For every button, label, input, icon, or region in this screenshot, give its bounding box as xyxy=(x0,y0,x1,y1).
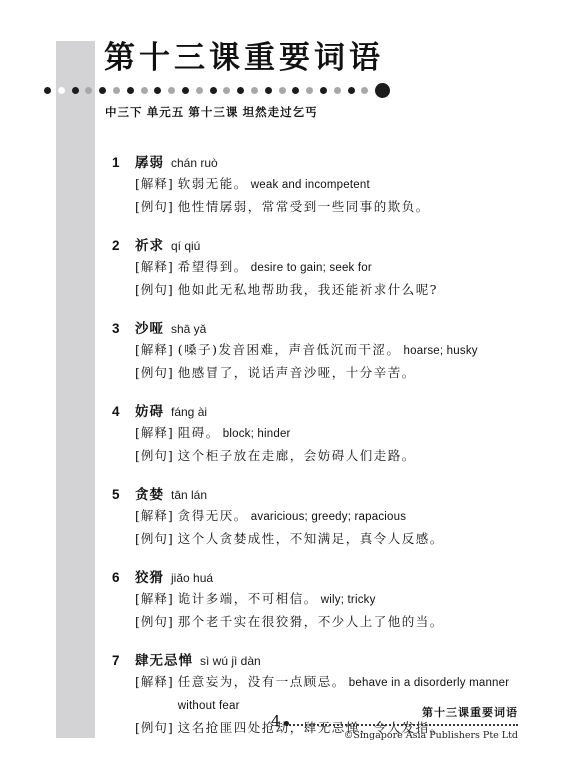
definition-text: 诡计多端，不可相信。wily; tricky xyxy=(178,588,518,611)
example-text: 他感冒了，说话声音沙哑，十分辛苦。 xyxy=(178,362,518,384)
entry-word: 孱弱 xyxy=(135,151,164,171)
entry-head: 5 贪婪 tān lán xyxy=(112,483,518,501)
definition-text: 阻碍。block; hinder xyxy=(178,422,518,445)
definition-en: weak and incompetent xyxy=(251,179,370,191)
entry-pinyin: jiǎo huá xyxy=(171,571,213,585)
definition-label: [解释] xyxy=(135,173,174,195)
entry-number: 1 xyxy=(112,155,135,170)
definition-text: 软弱无能。weak and incompetent xyxy=(178,173,518,196)
example-text: 他如此无私地帮助我，我还能祈求什么呢? xyxy=(178,279,518,301)
entry-word: 祈求 xyxy=(135,234,164,254)
example-line: [例句] 那个老千实在很狡猾，不少人上了他的当。 xyxy=(112,611,518,633)
example-zh: 这个人贪婪成性，不知满足，真令人反感。 xyxy=(178,531,444,546)
divider-dot-icon xyxy=(292,87,299,94)
left-accent-bar xyxy=(56,41,95,738)
entry-word: 肆无忌惮 xyxy=(135,649,193,669)
definition-text: 贪得无厌。avaricious; greedy; rapacious xyxy=(178,505,518,528)
entry-pinyin: sì wú jì dàn xyxy=(200,654,261,668)
definition-zh: 贪得无厌。 xyxy=(178,508,248,523)
vocab-entry-2: 2 祈求 qí qiú [解释] 希望得到。desire to gain; se… xyxy=(112,234,518,301)
divider-dot-icon xyxy=(72,87,79,94)
definition-label: [解释] xyxy=(135,422,174,444)
definition-line: [解释] 软弱无能。weak and incompetent xyxy=(112,173,518,196)
example-text: 这个柜子放在走廊，会妨碍人们走路。 xyxy=(178,445,518,467)
example-line: [例句] 他如此无私地帮助我，我还能祈求什么呢? xyxy=(112,279,518,301)
example-zh: 他性情孱弱，常常受到一些同事的欺负。 xyxy=(178,199,430,214)
divider-dot-icon xyxy=(306,87,313,94)
definition-en: hoarse; husky xyxy=(404,345,478,357)
definition-text: 希望得到。desire to gain; seek for xyxy=(178,256,518,279)
entry-number: 2 xyxy=(112,238,135,253)
entry-number: 5 xyxy=(112,487,135,502)
entry-word: 贪婪 xyxy=(135,483,164,503)
divider-dot-icon xyxy=(58,87,65,94)
definition-line: [解释] 阻碍。block; hinder xyxy=(112,422,518,445)
vocab-entry-3: 3 沙哑 shā yǎ [解释] (嗓子)发音困难，声音低沉而干涩。hoarse… xyxy=(112,317,518,384)
definition-zh: 阻碍。 xyxy=(178,425,220,440)
entry-head: 3 沙哑 shā yǎ xyxy=(112,317,518,335)
definition-en: wily; tricky xyxy=(321,594,376,606)
definition-en: avaricious; greedy; rapacious xyxy=(251,511,406,523)
example-label: [例句] xyxy=(135,362,174,384)
footer-dotted-rule xyxy=(286,724,518,726)
divider-dot-icon xyxy=(127,87,134,94)
definition-zh: 任意妄为，没有一点顾忌。 xyxy=(178,674,346,689)
lesson-breadcrumb: 中三下 单元五 第十三课 坦然走过乞丐 xyxy=(105,104,318,120)
definition-zh: (嗓子)发音困难，声音低沉而干涩。 xyxy=(178,342,401,357)
divider-dot-icon xyxy=(99,87,106,94)
page-number: 4 xyxy=(271,712,281,730)
page-footer: 4 第十三课重要词语 ©Singapore Asia Publishers Pt… xyxy=(0,703,562,753)
entry-word: 狡猾 xyxy=(135,566,164,586)
entry-head: 4 妨碍 fáng ài xyxy=(112,400,518,418)
example-line: [例句] 他感冒了，说话声音沙哑，十分辛苦。 xyxy=(112,362,518,384)
footer-right-block: 第十三课重要词语 ©Singapore Asia Publishers Pte … xyxy=(286,703,518,744)
divider-dot-icon xyxy=(182,87,189,94)
textbook-page: 第十三课重要词语 中三下 单元五 第十三课 坦然走过乞丐 1 孱弱 chán r… xyxy=(0,0,562,768)
example-text: 这个人贪婪成性，不知满足，真令人反感。 xyxy=(178,528,518,550)
entry-pinyin: tān lán xyxy=(171,488,207,502)
divider-dot-icon xyxy=(141,87,148,94)
example-text: 那个老千实在很狡猾，不少人上了他的当。 xyxy=(178,611,518,633)
divider-dot-icon xyxy=(223,87,230,94)
divider-dot-icon xyxy=(210,87,217,94)
divider-dot-icon xyxy=(348,87,355,94)
divider-big-dot-icon xyxy=(375,83,390,98)
definition-en: desire to gain; seek for xyxy=(251,262,372,274)
divider-dot-icon xyxy=(154,87,161,94)
vocab-entry-5: 5 贪婪 tān lán [解释] 贪得无厌。avaricious; greed… xyxy=(112,483,518,550)
example-line: [例句] 他性情孱弱，常常受到一些同事的欺负。 xyxy=(112,196,518,218)
definition-label: [解释] xyxy=(135,256,174,278)
entry-pinyin: fáng ài xyxy=(171,405,207,419)
rule-start-dot-icon xyxy=(284,721,289,726)
divider-dot-icon xyxy=(237,87,244,94)
definition-zh: 诡计多端，不可相信。 xyxy=(178,591,318,606)
entry-head: 1 孱弱 chán ruò xyxy=(112,151,518,169)
entry-number: 6 xyxy=(112,570,135,585)
divider-dot-icon xyxy=(196,87,203,94)
definition-line: [解释] (嗓子)发音困难，声音低沉而干涩。hoarse; husky xyxy=(112,339,518,362)
definition-zh: 希望得到。 xyxy=(178,259,248,274)
copyright-text: ©Singapore Asia Publishers Pte Ltd xyxy=(286,728,518,744)
divider-dot-icon xyxy=(251,87,258,94)
divider-dot-icon xyxy=(334,87,341,94)
example-label: [例句] xyxy=(135,528,174,550)
divider-dot-icon xyxy=(113,87,120,94)
example-zh: 他感冒了，说话声音沙哑，十分辛苦。 xyxy=(178,365,416,380)
example-label: [例句] xyxy=(135,279,174,301)
entry-number: 3 xyxy=(112,321,135,336)
definition-label: [解释] xyxy=(135,505,174,527)
footer-chapter-label: 第十三课重要词语 xyxy=(286,703,518,723)
entry-word: 妨碍 xyxy=(135,400,164,420)
example-zh: 他如此无私地帮助我，我还能祈求什么呢? xyxy=(178,282,438,297)
example-zh: 这个柜子放在走廊，会妨碍人们走路。 xyxy=(178,448,416,463)
definition-text: (嗓子)发音困难，声音低沉而干涩。hoarse; husky xyxy=(178,339,518,362)
example-line: [例句] 这个人贪婪成性，不知满足，真令人反感。 xyxy=(112,528,518,550)
dots-divider xyxy=(44,82,390,98)
example-label: [例句] xyxy=(135,196,174,218)
entry-pinyin: chán ruò xyxy=(171,156,218,170)
entry-head: 6 狡猾 jiǎo huá xyxy=(112,566,518,584)
definition-label: [解释] xyxy=(135,339,174,361)
entry-number: 7 xyxy=(112,653,135,668)
definition-line: [解释] 诡计多端，不可相信。wily; tricky xyxy=(112,588,518,611)
entry-head: 7 肆无忌惮 sì wú jì dàn xyxy=(112,649,518,667)
vocab-entry-1: 1 孱弱 chán ruò [解释] 软弱无能。weak and incompe… xyxy=(112,151,518,218)
divider-dot-icon xyxy=(168,87,175,94)
entry-word: 沙哑 xyxy=(135,317,164,337)
definition-line: [解释] 希望得到。desire to gain; seek for xyxy=(112,256,518,279)
example-line: [例句] 这个柜子放在走廊，会妨碍人们走路。 xyxy=(112,445,518,467)
entry-pinyin: qí qiú xyxy=(171,239,200,253)
vocab-list: 1 孱弱 chán ruò [解释] 软弱无能。weak and incompe… xyxy=(112,151,518,755)
example-label: [例句] xyxy=(135,611,174,633)
definition-label: [解释] xyxy=(135,588,174,610)
entry-number: 4 xyxy=(112,404,135,419)
definition-label: [解释] xyxy=(135,671,174,693)
divider-dot-icon xyxy=(279,87,286,94)
divider-dot-icon xyxy=(320,87,327,94)
definition-en: block; hinder xyxy=(223,428,291,440)
definition-line: [解释] 贪得无厌。avaricious; greedy; rapacious xyxy=(112,505,518,528)
divider-dot-icon xyxy=(361,87,368,94)
example-zh: 那个老千实在很狡猾，不少人上了他的当。 xyxy=(178,614,444,629)
divider-dot-icon xyxy=(44,87,51,94)
page-title: 第十三课重要词语 xyxy=(104,40,384,76)
example-text: 他性情孱弱，常常受到一些同事的欺负。 xyxy=(178,196,518,218)
divider-dot-icon xyxy=(85,87,92,94)
entry-pinyin: shā yǎ xyxy=(171,322,206,336)
entry-head: 2 祈求 qí qiú xyxy=(112,234,518,252)
definition-zh: 软弱无能。 xyxy=(178,176,248,191)
vocab-entry-6: 6 狡猾 jiǎo huá [解释] 诡计多端，不可相信。wily; trick… xyxy=(112,566,518,633)
example-label: [例句] xyxy=(135,445,174,467)
vocab-entry-4: 4 妨碍 fáng ài [解释] 阻碍。block; hinder [例句] … xyxy=(112,400,518,467)
divider-dot-icon xyxy=(265,87,272,94)
